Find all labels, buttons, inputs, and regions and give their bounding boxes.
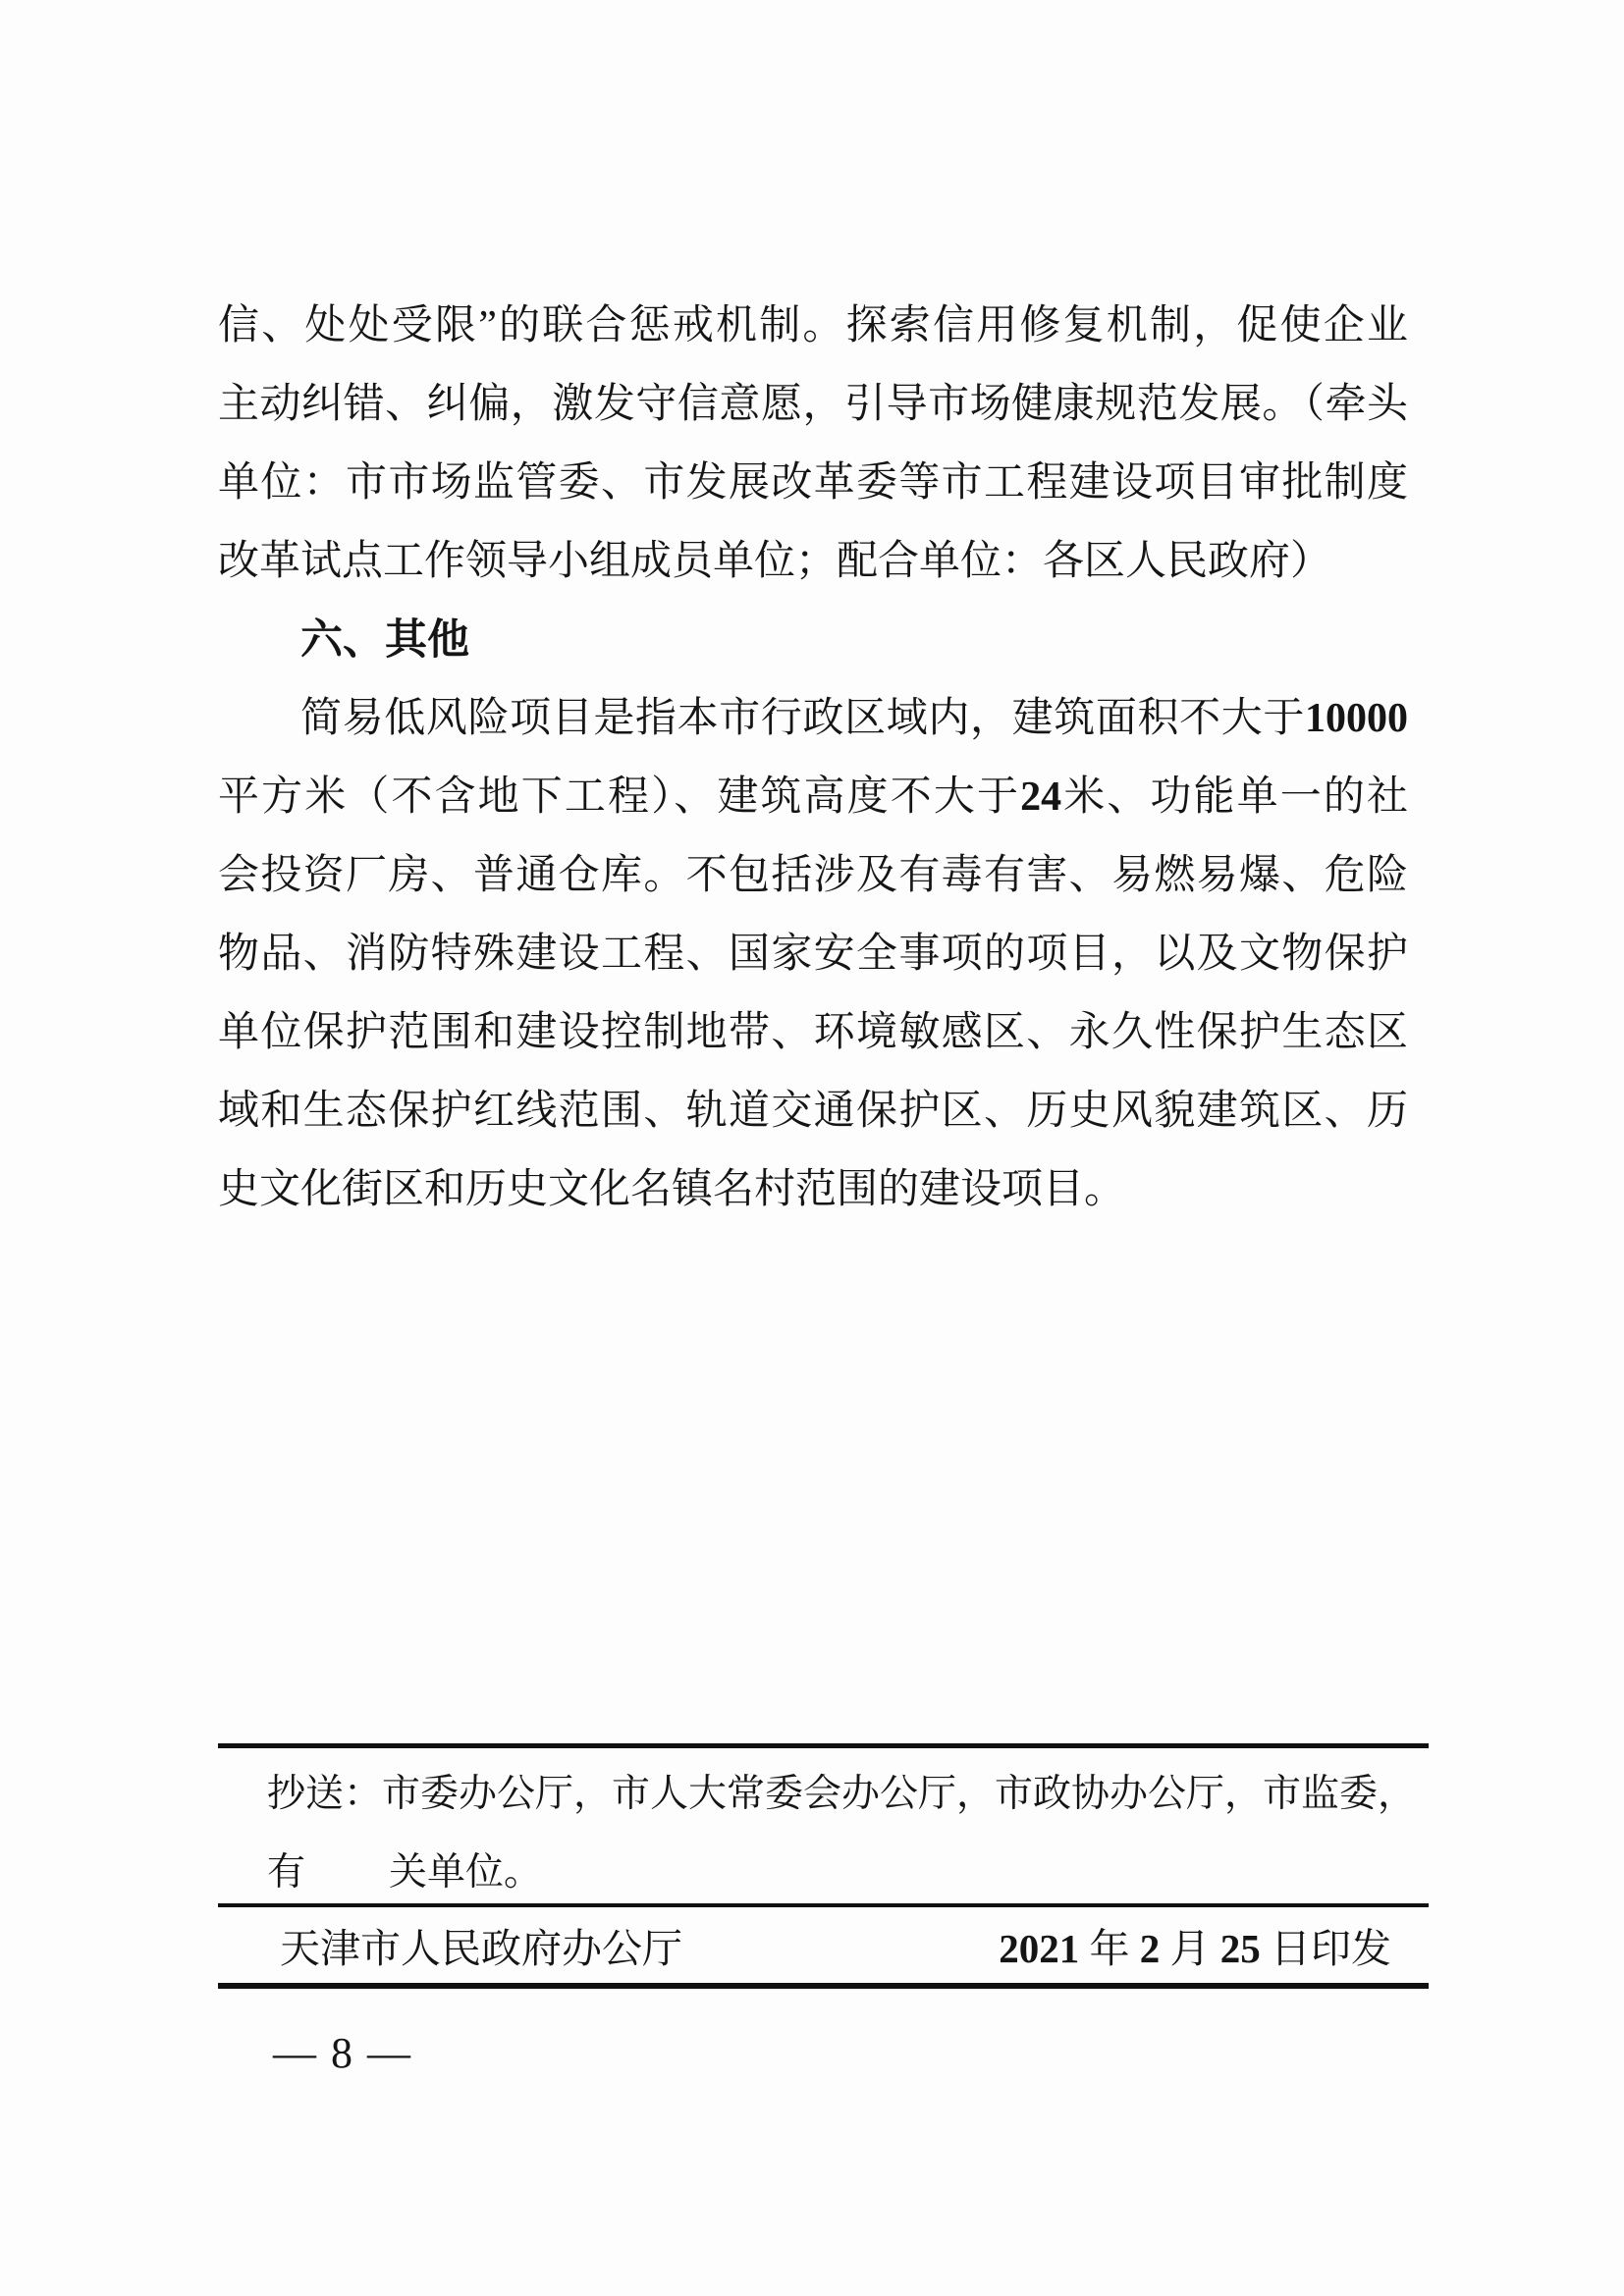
issuer-row: 天津市人民政府办公厅 2021 年 2 月 25 日印发 xyxy=(280,1907,1391,1983)
body-line: 平方米（不含地下工程）、建筑高度不大于24米、功能单一的社 xyxy=(218,758,1408,836)
footer-bottom-rule xyxy=(218,1983,1429,1989)
page-number: — 8 — xyxy=(273,2024,412,2083)
body-line: 单位：市市场监管委、市发展改革委等市工程建设项目审批制度 xyxy=(218,444,1408,522)
body-line: 简易低风险项目是指本市行政区域内，建筑面积不大于10000 xyxy=(218,679,1408,758)
body-line: 域和生态保护红线范围、轨道交通保护区、历史风貌建筑区、历 xyxy=(218,1072,1408,1150)
body-text: 信、处处受限”的联合惩戒机制。探索信用修复机制，促使企业主动纠错、纠偏，激发守信… xyxy=(218,287,1408,1229)
body-line: 物品、消防特殊建设工程、国家安全事项的项目，以及文物保护 xyxy=(218,915,1408,993)
footer-top-rule xyxy=(218,1743,1429,1748)
body-line: 史文化街区和历史文化名镇名村范围的建设项目。 xyxy=(218,1150,1408,1229)
section-heading: 六、其他 xyxy=(218,601,1408,679)
copy-notice-line: 关单位。 xyxy=(267,1834,1429,1912)
body-line: 改革试点工作领导小组成员单位；配合单位：各区人民政府） xyxy=(218,522,1408,601)
copy-notice: 抄送：市委办公厅，市人大常委会办公厅，市政协办公厅，市监委，有关单位。 xyxy=(267,1755,1429,1912)
copy-notice-line: 抄送：市委办公厅，市人大常委会办公厅，市政协办公厅，市监委，有 xyxy=(267,1755,1429,1834)
issuer-name: 天津市人民政府办公厅 xyxy=(280,1916,682,1974)
body-line: 信、处处受限”的联合惩戒机制。探索信用修复机制，促使企业 xyxy=(218,287,1408,365)
document-page: 信、处处受限”的联合惩戒机制。探索信用修复机制，促使企业主动纠错、纠偏，激发守信… xyxy=(0,0,1624,2296)
print-date: 2021 年 2 月 25 日印发 xyxy=(999,1916,1391,1974)
body-line: 单位保护范围和建设控制地带、环境敏感区、永久性保护生态区 xyxy=(218,993,1408,1072)
body-line: 主动纠错、纠偏，激发守信意愿，引导市场健康规范发展。（牵头 xyxy=(218,365,1408,444)
body-line: 会投资厂房、普通仓库。不包括涉及有毒有害、易燃易爆、危险 xyxy=(218,836,1408,915)
